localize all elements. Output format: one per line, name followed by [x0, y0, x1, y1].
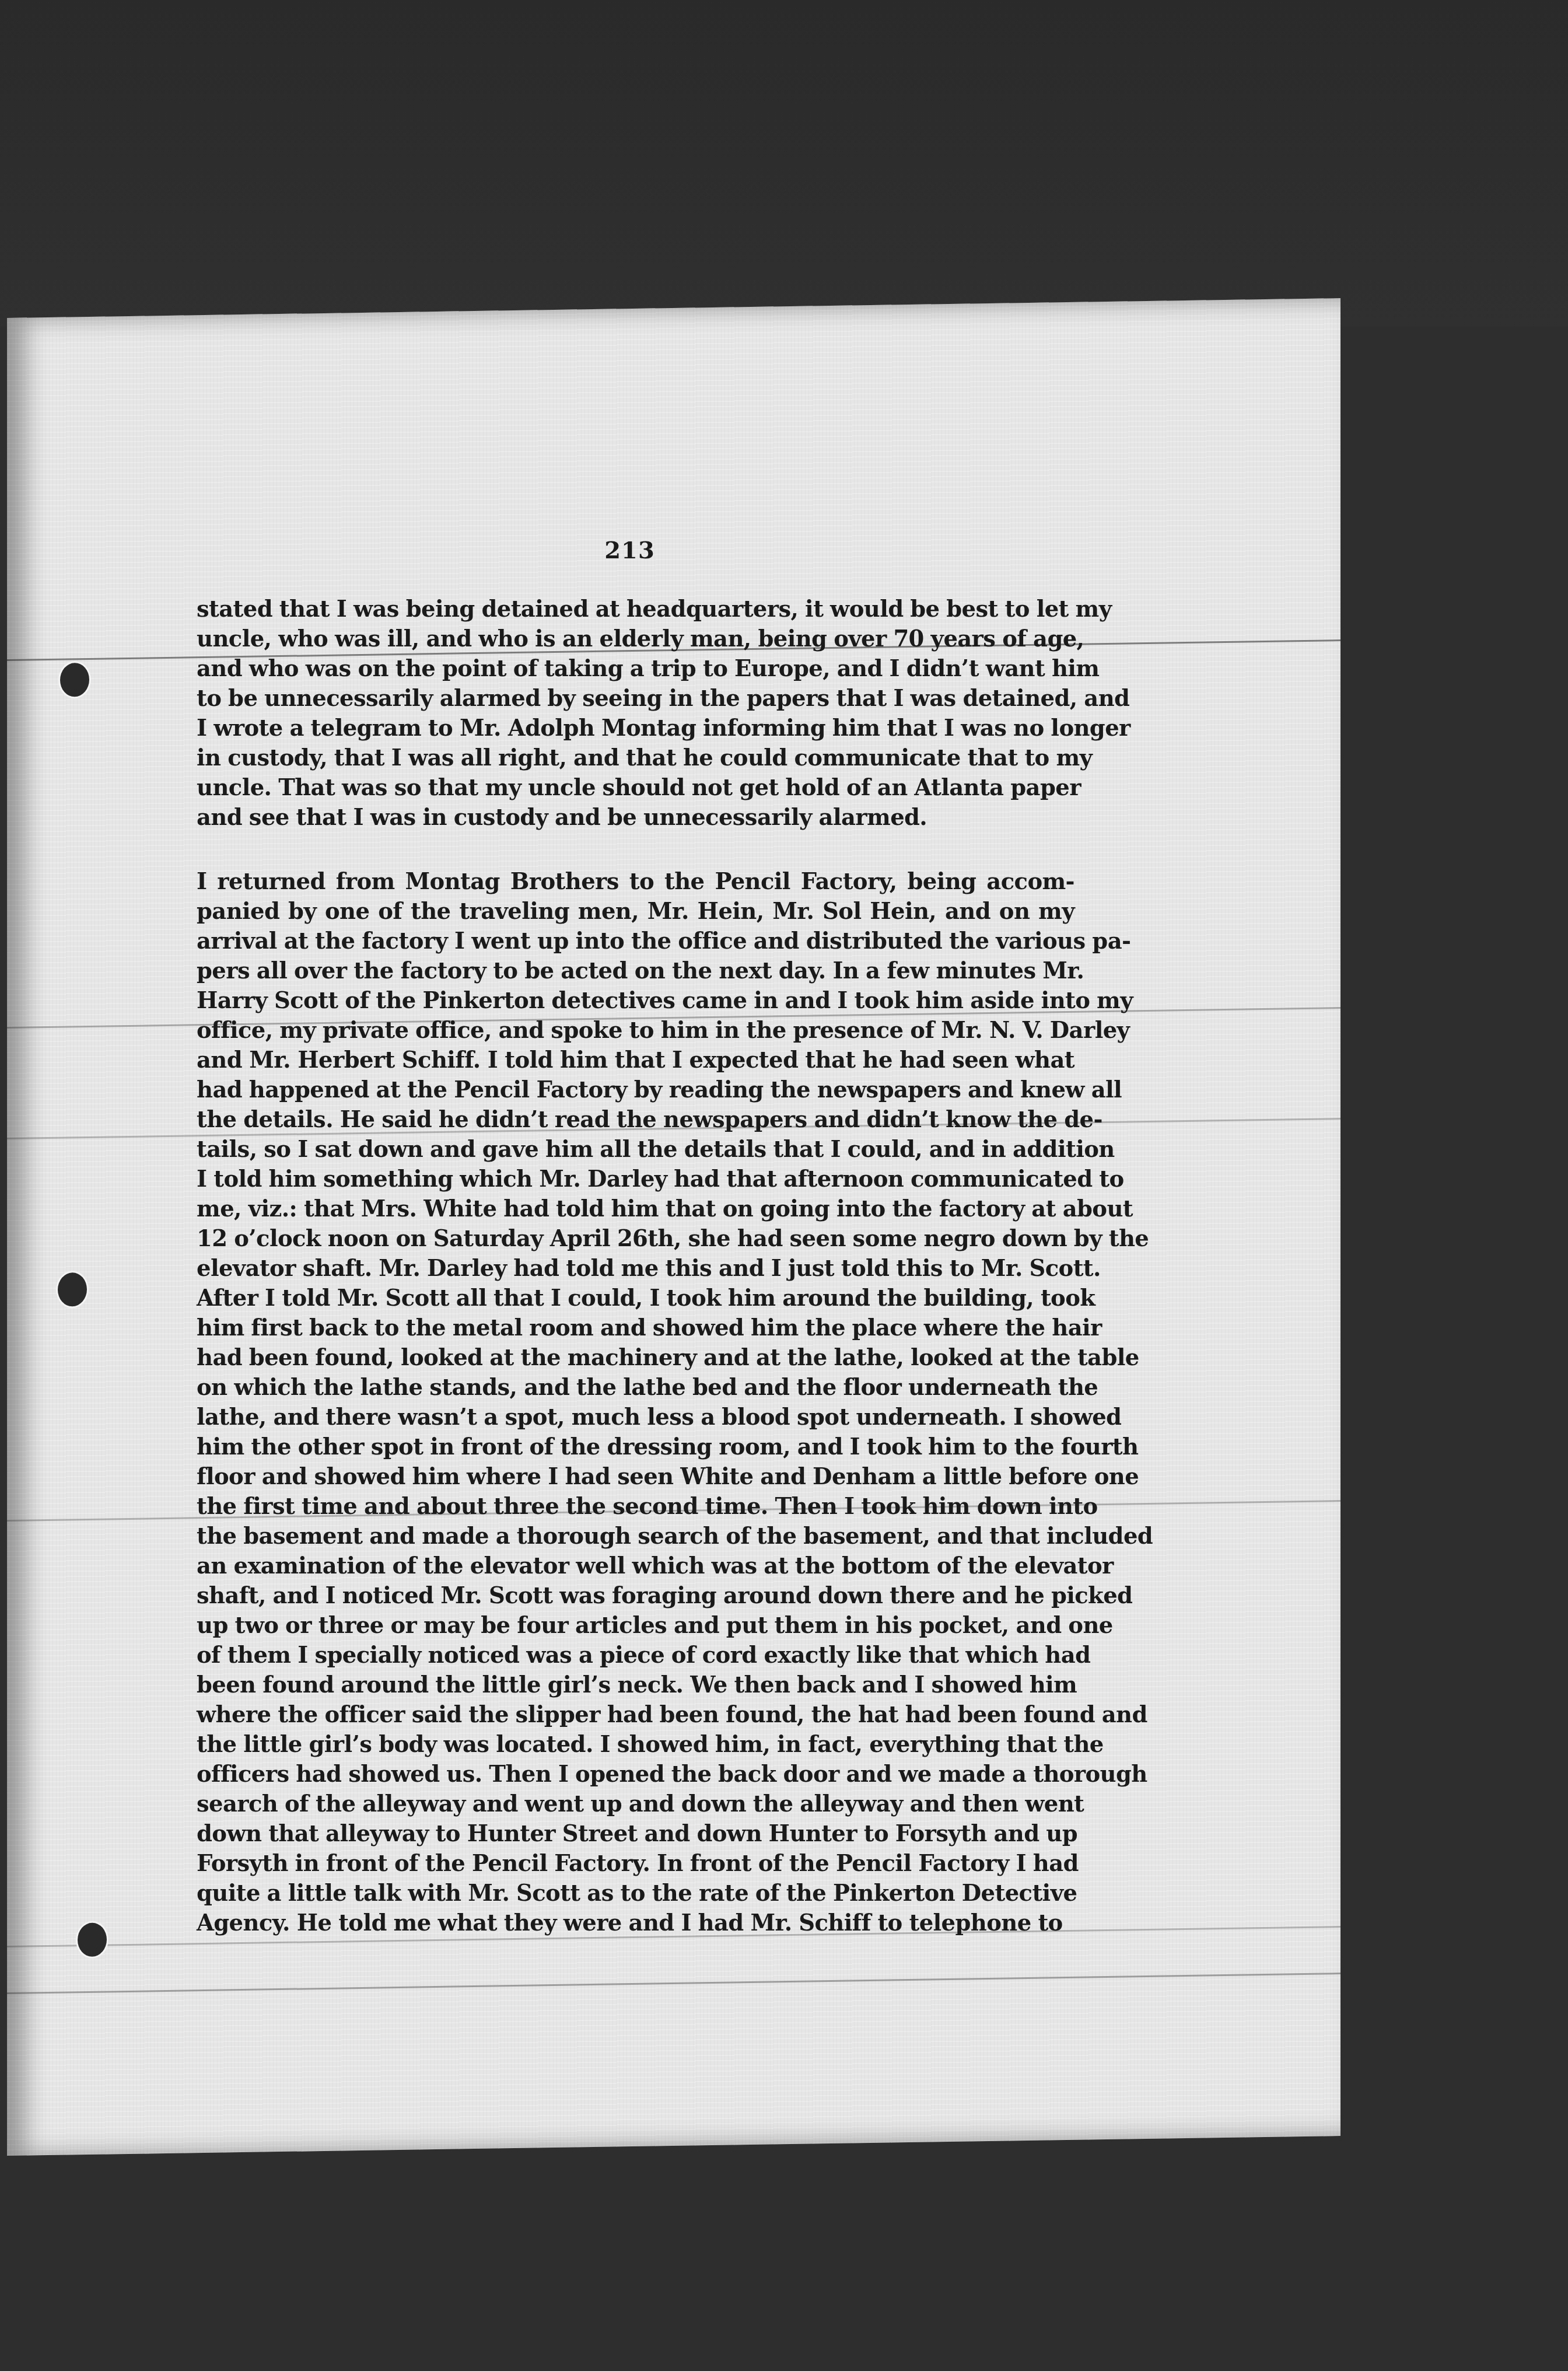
- page-number: 213: [185, 537, 1074, 564]
- text-line: down that alleyway to Hunter Street and …: [197, 1819, 1074, 1849]
- text-line: and Mr. Herbert Schiff. I told him that …: [197, 1045, 1074, 1075]
- text-line: and see that I was in custody and be unn…: [197, 803, 1074, 833]
- text-line: quite a little talk with Mr. Scott as to…: [197, 1879, 1074, 1908]
- page-content: 213 stated that I was being detained at …: [197, 537, 1074, 1938]
- text-line: Harry Scott of the Pinkerton detectives …: [197, 986, 1074, 1016]
- text-line: been found around the little girl’s neck…: [197, 1670, 1074, 1700]
- text-line: search of the alleyway and went up and d…: [197, 1789, 1074, 1819]
- text-line: the details. He said he didn’t read the …: [197, 1105, 1074, 1135]
- text-line: to be unnecessarily alarmed by seeing in…: [197, 684, 1074, 714]
- text-line: in custody, that I was all right, and th…: [197, 743, 1074, 773]
- text-line: me, viz.: that Mrs. White had told him t…: [197, 1194, 1074, 1224]
- text-line: him first back to the metal room and sho…: [197, 1313, 1074, 1343]
- text-line: Forsyth in front of the Pencil Factory. …: [197, 1849, 1074, 1879]
- text-line: of them I specially noticed was a piece …: [197, 1641, 1074, 1670]
- text-line: stated that I was being detained at head…: [197, 595, 1074, 624]
- text-line: I returned from Montag Brothers to the P…: [197, 867, 1074, 897]
- paragraph: stated that I was being detained at head…: [197, 595, 1074, 833]
- text-line: office, my private office, and spoke to …: [197, 1016, 1074, 1045]
- text-line: and who was on the point of taking a tri…: [197, 654, 1074, 684]
- text-line: 12 o’clock noon on Saturday April 26th, …: [197, 1224, 1074, 1254]
- ruled-line: [7, 1973, 1340, 1994]
- text-line: lathe, and there wasn’t a spot, much les…: [197, 1403, 1074, 1432]
- text-line: the little girl’s body was located. I sh…: [197, 1730, 1074, 1760]
- bleed-through-text: [502, 158, 828, 210]
- body-text: stated that I was being detained at head…: [197, 595, 1074, 1938]
- text-line: uncle, who was ill, and who is an elderl…: [197, 624, 1074, 654]
- text-line: up two or three or may be four articles …: [197, 1611, 1074, 1641]
- text-line: pers all over the factory to be acted on…: [197, 956, 1074, 986]
- text-line: the basement and made a thorough search …: [197, 1522, 1074, 1551]
- punch-hole: [76, 1921, 108, 1959]
- text-line: I wrote a telegram to Mr. Adolph Montag …: [197, 714, 1074, 743]
- punch-hole: [58, 661, 91, 699]
- paragraph: I returned from Montag Brothers to the P…: [197, 867, 1074, 1938]
- text-line: panied by one of the traveling men, Mr. …: [197, 897, 1074, 926]
- text-line: shaft, and I noticed Mr. Scott was forag…: [197, 1581, 1074, 1611]
- text-line: tails, so I sat down and gave him all th…: [197, 1135, 1074, 1164]
- punch-hole: [56, 1271, 89, 1309]
- text-line: on which the lathe stands, and the lathe…: [197, 1373, 1074, 1403]
- text-line: After I told Mr. Scott all that I could,…: [197, 1284, 1074, 1313]
- text-line: I told him something which Mr. Darley ha…: [197, 1164, 1074, 1194]
- text-line: uncle. That was so that my uncle should …: [197, 773, 1074, 803]
- text-line: him the other spot in front of the dress…: [197, 1432, 1074, 1462]
- text-line: where the officer said the slipper had b…: [197, 1700, 1074, 1730]
- text-line: the first time and about three the secon…: [197, 1492, 1074, 1522]
- text-line: arrival at the factory I went up into th…: [197, 926, 1074, 956]
- text-line: had been found, looked at the machinery …: [197, 1343, 1074, 1373]
- text-line: officers had showed us. Then I opened th…: [197, 1760, 1074, 1789]
- text-line: floor and showed him where I had seen Wh…: [197, 1462, 1074, 1492]
- text-line: had happened at the Pencil Factory by re…: [197, 1075, 1074, 1105]
- text-line: an examination of the elevator well whic…: [197, 1551, 1074, 1581]
- text-line: Agency. He told me what they were and I …: [197, 1908, 1074, 1938]
- text-line: elevator shaft. Mr. Darley had told me t…: [197, 1254, 1074, 1284]
